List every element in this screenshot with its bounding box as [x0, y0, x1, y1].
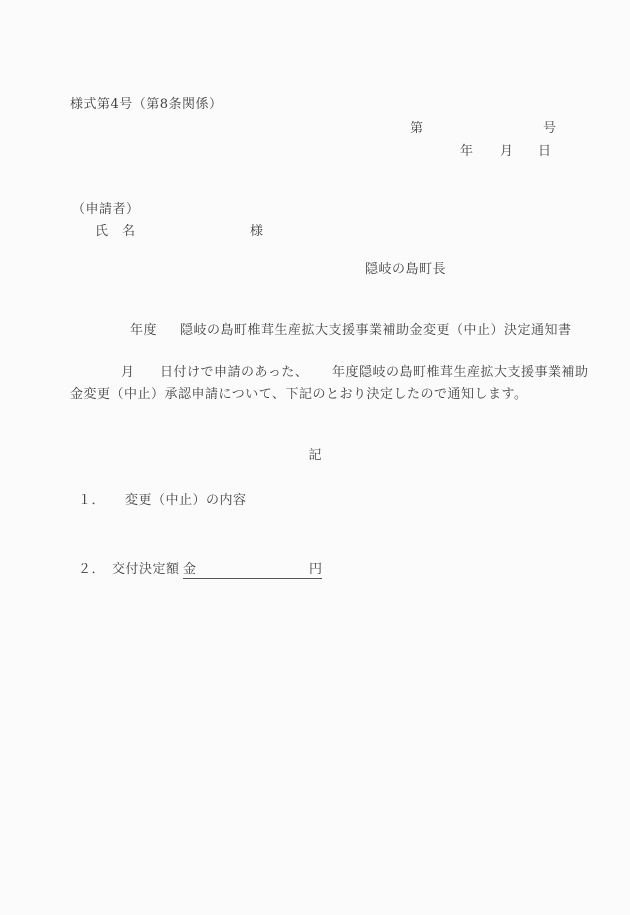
- amount-suffix: 円: [309, 561, 322, 578]
- body-line1-month-label: 月: [121, 364, 135, 381]
- body-line1-text: 日付けで申請のあった、: [160, 364, 308, 381]
- item2-number: ２．: [78, 561, 105, 578]
- document-title: 隠岐の島町椎茸生産拡大支援事業補助金変更（中止）決定通知書: [180, 322, 572, 339]
- issuer-title: 隠岐の島町長: [365, 261, 446, 278]
- amount-blank-field: 金 円: [183, 561, 322, 579]
- amount-prefix: 金: [183, 561, 196, 578]
- item1-label: 変更（中止）の内容: [125, 492, 247, 509]
- applicant-label: （申請者）: [72, 201, 140, 218]
- doc-number-suffix: 号: [543, 120, 557, 137]
- record-marker: 記: [0, 447, 630, 464]
- date-month-label: 月: [500, 143, 514, 160]
- title-year-prefix: 年度: [130, 322, 157, 339]
- name-honorific: 様: [250, 223, 264, 240]
- item1-number: １．: [78, 492, 105, 509]
- item2-label: 交付決定額: [112, 561, 180, 578]
- date-day-label: 日: [538, 143, 552, 160]
- body-line1-continuation: 年度隠岐の島町椎茸生産拡大支援事業補助: [332, 364, 589, 381]
- body-line2-text: 金変更（中止）承認申請について、下記のとおり決定したので通知します。: [70, 386, 527, 403]
- doc-number-prefix: 第: [410, 120, 424, 137]
- document-page: 様式第4号（第8条関係） 第 号 年 月 日 （申請者） 氏 名 様 隠岐の島町…: [0, 0, 630, 915]
- date-year-label: 年: [460, 143, 474, 160]
- form-number: 様式第4号（第8条関係）: [70, 96, 223, 113]
- name-given-label: 名: [122, 223, 136, 240]
- name-surname-label: 氏: [95, 223, 109, 240]
